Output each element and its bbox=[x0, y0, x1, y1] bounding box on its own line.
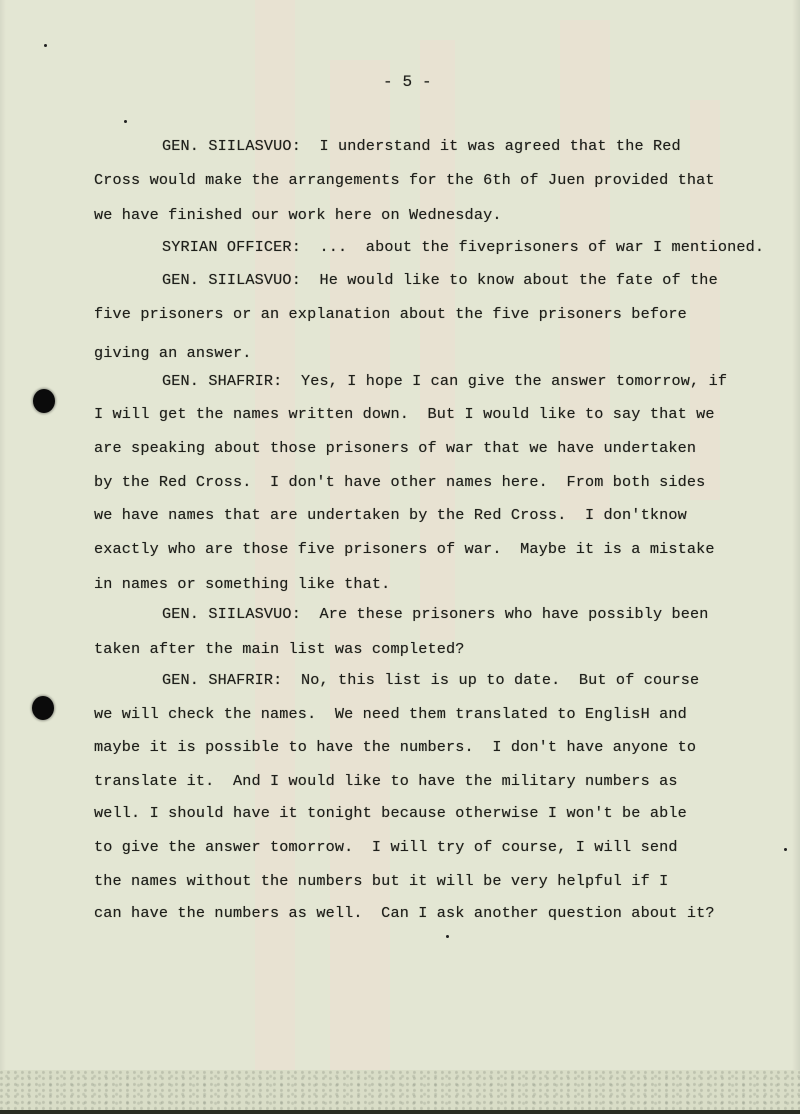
transcript-line: we have finished our work here on Wednes… bbox=[94, 206, 502, 224]
transcript-line: to give the answer tomorrow. I will try … bbox=[94, 838, 678, 856]
transcript-line: by the Red Cross. I don't have other nam… bbox=[94, 473, 705, 491]
transcript-line: giving an answer. bbox=[94, 344, 252, 362]
transcript-line: GEN. SIILASVUO: I understand it was agre… bbox=[162, 137, 681, 155]
transcript-line: GEN. SIILASVUO: He would like to know ab… bbox=[162, 271, 718, 289]
transcript-line: exactly who are those five prisoners of … bbox=[94, 540, 715, 558]
transcript-line: we will check the names. We need them tr… bbox=[94, 705, 687, 723]
ink-speck bbox=[784, 848, 787, 851]
scan-noise-strip bbox=[0, 1070, 800, 1114]
transcript-line: taken after the main list was completed? bbox=[94, 640, 465, 658]
transcript-line: in names or something like that. bbox=[94, 575, 390, 593]
transcript-line: five prisoners or an explanation about t… bbox=[94, 305, 687, 323]
transcript-line: we have names that are undertaken by the… bbox=[94, 506, 687, 524]
transcript-line: maybe it is possible to have the numbers… bbox=[94, 738, 696, 756]
punch-hole-lower bbox=[32, 696, 54, 720]
transcript-line: GEN. SHAFRIR: No, this list is up to dat… bbox=[162, 671, 699, 689]
transcript-line: translate it. And I would like to have t… bbox=[94, 772, 678, 790]
ink-speck bbox=[124, 120, 127, 123]
punch-hole-upper bbox=[33, 389, 55, 413]
transcript-line: GEN. SHAFRIR: Yes, I hope I can give the… bbox=[162, 372, 727, 390]
transcript-line: can have the numbers as well. Can I ask … bbox=[94, 904, 715, 922]
transcript-line: are speaking about those prisoners of wa… bbox=[94, 439, 696, 457]
document-page: - 5 - GEN. SIILASVUO: I understand it wa… bbox=[0, 0, 800, 1114]
ink-speck bbox=[446, 935, 449, 938]
transcript-line: I will get the names written down. But I… bbox=[94, 405, 715, 423]
page-number: - 5 - bbox=[383, 73, 432, 91]
ink-speck bbox=[44, 44, 47, 47]
transcript-line: Cross would make the arrangements for th… bbox=[94, 171, 715, 189]
transcript-line: the names without the numbers but it wil… bbox=[94, 872, 668, 890]
transcript-line: SYRIAN OFFICER: ... about the fiveprison… bbox=[162, 238, 764, 256]
scan-edge bbox=[0, 1110, 800, 1114]
transcript-line: well. I should have it tonight because o… bbox=[94, 804, 687, 822]
transcript-line: GEN. SIILASVUO: Are these prisoners who … bbox=[162, 605, 709, 623]
